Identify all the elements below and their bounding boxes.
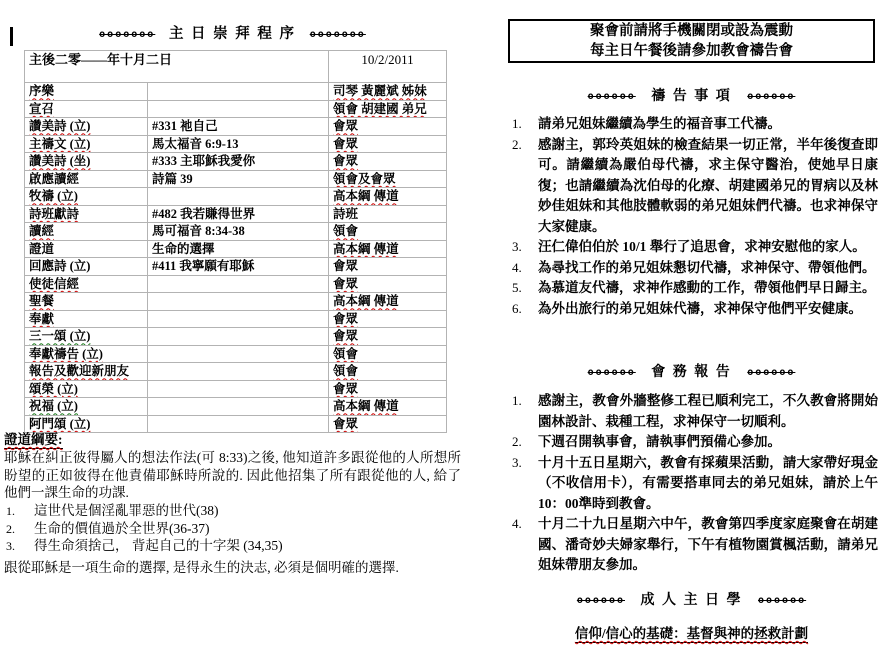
outline-point-number: 2. [6, 521, 15, 539]
prayer-item-text: 汪仁偉伯伯於 10/1 舉行了追思會，求神安慰他的家人。 [538, 239, 866, 254]
worship-row: 讚美詩 (立) #331 祂自己 會眾 [25, 118, 447, 136]
program-content-cell: 馬太福音 6:9-13 [148, 135, 329, 153]
sermon-outline-heading: 證道綱要: [4, 428, 63, 448]
program-item-cell: 宣召 [25, 100, 148, 118]
program-leader-cell: 領會及會眾 [329, 170, 447, 188]
program-item-label: 讚美詩 (立) [29, 119, 90, 133]
program-leader: 會眾 [333, 312, 358, 326]
program-content-cell: 馬可福音 8:34-38 [148, 223, 329, 241]
worship-row: 報告及歡迎新朋友 領會 [25, 363, 447, 381]
prayer-item-text: 為尋找工作的弟兄姐妹懇切代禱，求神保守、帶領他們。 [538, 260, 876, 275]
prayer-item-text: 請弟兄姐妹繼續為學生的福音事工代禱。 [538, 116, 781, 131]
program-item-cell: 讀經 [25, 223, 148, 241]
worship-row: 證道 生命的選擇 高本綱 傳道 [25, 240, 447, 258]
program-item-cell: 讚美詩 (立) [25, 118, 148, 136]
prayer-item-text: 為慕道友代禱，求神作感動的工作，帶領他們早日歸主。 [538, 280, 876, 295]
program-item-cell: 詩班獻詩 [25, 205, 148, 223]
program-leader-cell: 領會 [329, 363, 447, 381]
worship-row: 宣召 領會 胡建國 弟兄 [25, 100, 447, 118]
program-item-cell: 主禱文 (立) [25, 135, 148, 153]
program-leader-cell: 會眾 [329, 153, 447, 171]
program-leader: 領會 [333, 224, 358, 238]
outline-point: 3. 得生命須捨己， 背起自己的十字架 (34,35) [6, 537, 458, 555]
worship-row: 聖餐 高本綱 傳道 [25, 293, 447, 311]
outline-point-text: 生命的價值過於全世界(36-37) [34, 521, 210, 536]
worship-order-title: ooooooo 主 日 崇 拜 程 序 ooooooo [10, 22, 455, 43]
program-leader-cell: 會眾 [329, 118, 447, 136]
report-item-text: 十月十五日星期六，教會有採蘋果活動，請大家帶好現金（不收信用卡），有需要搭車同去… [538, 455, 878, 511]
program-leader-cell: 領會 胡建國 弟兄 [329, 100, 447, 118]
program-item-label: 牧禱 (立) [29, 189, 78, 203]
outline-point: 2. 生命的價值過於全世界(36-37) [6, 520, 458, 538]
report-items-list: 1. 感謝主，教會外牆整修工程已順利完工，不久教會將開始園林設計、栽種工程，求神… [512, 391, 878, 576]
program-item-cell: 牧禱 (立) [25, 188, 148, 206]
worship-row: 奉獻 會眾 [25, 310, 447, 328]
program-leader: 會眾 [333, 259, 358, 273]
program-item-cell: 使徒信經 [25, 275, 148, 293]
outline-point: 1. 這世代是個淫亂罪惡的世代(38) [6, 502, 458, 520]
program-leader-cell: 司琴 黃麗斌 姊妹 [329, 83, 447, 101]
page-title: 主 日 崇 拜 程 序 [161, 26, 304, 42]
worship-row: 序樂 司琴 黃麗斌 姊妹 [25, 83, 447, 101]
prayer-item-number: 2. [512, 135, 522, 156]
program-content-cell: #482 我若賺得世界 [148, 205, 329, 223]
worship-row: 回應詩 (立) #411 我寧願有耶穌 會眾 [25, 258, 447, 276]
program-content: 詩篇 39 [152, 172, 193, 186]
outline-point-text: 得生命須捨己， 背起自己的十字架 (34,35) [34, 538, 283, 553]
program-leader: 會眾 [333, 417, 358, 431]
program-content: #411 我寧願有耶穌 [152, 259, 254, 273]
sunday-school-topic-text: 信仰/信心的基礎：基督與神的拯救計劃 [575, 626, 808, 641]
chain-ornament-icon: oooooo [747, 91, 795, 102]
program-content-cell [148, 363, 329, 381]
sermon-outline-heading-text: 證道綱要: [4, 432, 63, 447]
program-leader-cell: 高本綱 傳道 [329, 398, 447, 416]
program-content: 生命的選擇 [152, 242, 215, 256]
program-item-label: 啟應讀經 [29, 172, 79, 186]
lunar-date-label: 主後二零——年十月二日 [29, 52, 172, 67]
chain-ornament-icon: oooooo [758, 595, 806, 606]
chain-ornament-icon: oooooo [588, 91, 636, 102]
program-leader: 領會 [333, 347, 358, 361]
program-item-label: 三一頌 (立) [29, 329, 90, 343]
program-leader: 會眾 [333, 154, 358, 168]
program-content: #333 主耶穌我愛你 [152, 154, 255, 168]
program-content-cell [148, 275, 329, 293]
report-item: 3. 十月十五日星期六，教會有採蘋果活動，請大家帶好現金（不收信用卡），有需要搭… [512, 453, 878, 515]
program-leader-cell: 會眾 [329, 328, 447, 346]
worship-row: 使徒信經 會眾 [25, 275, 447, 293]
worship-row: 讀經 馬可福音 8:34-38 領會 [25, 223, 447, 241]
report-section-heading: oooooo 會 務 報 告 oooooo [500, 361, 883, 381]
program-item-label: 讀經 [29, 224, 54, 238]
program-leader: 會眾 [333, 119, 358, 133]
program-content-cell [148, 188, 329, 206]
program-content-cell [148, 398, 329, 416]
program-item-cell: 回應詩 (立) [25, 258, 148, 276]
report-item: 2. 下週召開執事會，請執事們預備心參加。 [512, 432, 878, 453]
report-item-number: 4. [512, 514, 522, 535]
program-item-cell: 序樂 [25, 83, 148, 101]
program-item-label: 序樂 [29, 84, 54, 98]
program-content-cell: 詩篇 39 [148, 170, 329, 188]
program-content: #482 我若賺得世界 [152, 207, 255, 221]
program-item-label: 宣召 [29, 102, 54, 116]
worship-rows: 序樂 司琴 黃麗斌 姊妹 宣召 領會 胡建國 弟兄 讚美詩 (立) #331 祂… [25, 83, 447, 433]
program-leader: 詩班 [333, 207, 358, 221]
outline-point-text: 這世代是個淫亂罪惡的世代(38) [34, 503, 219, 518]
program-leader-cell: 高本綱 傳道 [329, 293, 447, 311]
program-item-label: 頌榮 (立) [29, 382, 78, 396]
notice-box: 聚會前請將手機關閉或設為震動 每主日午餐後請參加教會禱告會 [508, 19, 875, 63]
program-leader-cell: 會眾 [329, 415, 447, 433]
program-item-label: 讚美詩 (坐) [29, 154, 90, 168]
program-content: 馬太福音 6:9-13 [152, 137, 238, 151]
prayer-items-list: 1. 請弟兄姐妹繼續為學生的福音事工代禱。 2. 感謝主，郭玲英姐妹的檢查結果一… [512, 114, 878, 319]
worship-row: 讚美詩 (坐) #333 主耶穌我愛你 會眾 [25, 153, 447, 171]
program-content-cell: 生命的選擇 [148, 240, 329, 258]
program-leader-cell: 高本綱 傳道 [329, 188, 447, 206]
chain-ornament-icon: oooooo [588, 367, 636, 378]
program-item-label: 主禱文 (立) [29, 137, 90, 151]
sunday-school-topic: 信仰/信心的基礎：基督與神的拯救計劃 [500, 622, 883, 642]
program-content-cell [148, 293, 329, 311]
program-item-cell: 奉獻禱告 (立) [25, 345, 148, 363]
program-item-label: 回應詩 (立) [29, 259, 90, 273]
program-content: #331 祂自己 [152, 119, 218, 133]
program-item-label: 奉獻禱告 (立) [29, 347, 103, 361]
program-leader-cell: 會眾 [329, 275, 447, 293]
program-content-cell [148, 100, 329, 118]
program-item-cell: 聖餐 [25, 293, 148, 311]
program-item-cell: 讚美詩 (坐) [25, 153, 148, 171]
prayer-item: 5. 為慕道友代禱，求神作感動的工作，帶領他們早日歸主。 [512, 278, 878, 299]
prayer-section-title: 禱 告 事 項 [641, 89, 742, 104]
program-leader: 會眾 [333, 329, 358, 343]
program-leader: 高本綱 傳道 [333, 399, 399, 413]
program-content-cell [148, 380, 329, 398]
program-item-label: 奉獻 [29, 312, 54, 326]
program-item-cell: 報告及歡迎新朋友 [25, 363, 148, 381]
report-item-text: 下週召開執事會，請執事們預備心參加。 [538, 434, 781, 449]
program-content-cell: #331 祂自己 [148, 118, 329, 136]
program-content-cell [148, 310, 329, 328]
program-leader: 會眾 [333, 277, 358, 291]
program-leader-cell: 會眾 [329, 380, 447, 398]
program-leader: 領會 胡建國 弟兄 [333, 102, 427, 116]
date-label-cell: 主後二零——年十月二日 [25, 51, 329, 83]
program-item-label: 報告及歡迎新朋友 [29, 364, 129, 378]
program-item-cell: 祝福 (立) [25, 398, 148, 416]
chain-ornament-icon: ooooooo [99, 29, 155, 40]
sunday-school-heading: oooooo 成 人 主 日 學 oooooo [500, 589, 883, 609]
prayer-item-number: 6. [512, 299, 522, 320]
date-value: 10/2/2011 [361, 52, 413, 67]
prayer-item-number: 1. [512, 114, 522, 135]
program-leader-cell: 領會 [329, 223, 447, 241]
report-item: 1. 感謝主，教會外牆整修工程已順利完工，不久教會將開始園林設計、栽種工程，求神… [512, 391, 878, 432]
prayer-item-number: 5. [512, 278, 522, 299]
program-leader-cell: 會眾 [329, 258, 447, 276]
program-item-cell: 三一頌 (立) [25, 328, 148, 346]
program-content-cell: #411 我寧願有耶穌 [148, 258, 329, 276]
worship-row: 祝福 (立) 高本綱 傳道 [25, 398, 447, 416]
program-item-cell: 奉獻 [25, 310, 148, 328]
worship-row: 牧禱 (立) 高本綱 傳道 [25, 188, 447, 206]
prayer-item-text: 感謝主，郭玲英姐妹的檢查結果一切正常，半年後復查即可。請繼續為嚴伯母代禱，求主保… [538, 137, 878, 234]
prayer-item: 6. 為外出旅行的弟兄姐妹代禱，求神保守他們平安健康。 [512, 299, 878, 320]
report-item-number: 2. [512, 432, 522, 453]
program-leader: 領會 [333, 364, 358, 378]
program-content-cell [148, 328, 329, 346]
sermon-outline-closing: 跟從耶穌是一項生命的選擇, 是得永生的決志, 必須是個明確的選擇. [4, 556, 461, 576]
report-item-number: 1. [512, 391, 522, 412]
report-item-number: 3. [512, 453, 522, 474]
program-leader-cell: 詩班 [329, 205, 447, 223]
program-item-cell: 證道 [25, 240, 148, 258]
program-leader: 高本綱 傳道 [333, 294, 399, 308]
program-content-cell [148, 345, 329, 363]
program-leader: 高本綱 傳道 [333, 189, 399, 203]
sunday-school-title: 成 人 主 日 學 [631, 593, 753, 608]
chain-ornament-icon: oooooo [747, 367, 795, 378]
program-item-label: 證道 [29, 242, 54, 256]
sermon-outline-points: 1. 這世代是個淫亂罪惡的世代(38) 2. 生命的價值過於全世界(36-37)… [6, 502, 458, 555]
sermon-outline-intro: 耶穌在糾正彼得屬人的想法作法(可 8:33)之後, 他知道許多跟從他的人所想所盼… [4, 449, 461, 502]
outline-point-number: 1. [6, 503, 15, 521]
program-content: 馬可福音 8:34-38 [152, 224, 245, 238]
report-item: 4. 十月二十九日星期六中午，教會第四季度家庭聚會在胡建國、潘奇妙夫婦家舉行，下… [512, 514, 878, 576]
program-item-cell: 啟應讀經 [25, 170, 148, 188]
program-leader-cell: 領會 [329, 345, 447, 363]
date-cell: 10/2/2011 [329, 51, 447, 83]
prayer-item: 2. 感謝主，郭玲英姐妹的檢查結果一切正常，半年後復查即可。請繼續為嚴伯母代禱，… [512, 135, 878, 238]
program-item-label: 聖餐 [29, 294, 54, 308]
worship-row: 阿門頌 (立) 會眾 [25, 415, 447, 433]
prayer-item: 3. 汪仁偉伯伯於 10/1 舉行了追思會，求神安慰他的家人。 [512, 237, 878, 258]
program-item-label: 祝福 (立) [29, 399, 78, 413]
program-item-label: 詩班獻詩 [29, 207, 79, 221]
notice-line-2: 每主日午餐後請參加教會禱告會 [590, 41, 793, 61]
chain-ornament-icon: oooooo [577, 595, 625, 606]
program-content-cell [148, 415, 329, 433]
chain-ornament-icon: ooooooo [310, 29, 366, 40]
worship-row: 三一頌 (立) 會眾 [25, 328, 447, 346]
program-leader: 會眾 [333, 137, 358, 151]
worship-row: 啟應讀經 詩篇 39 領會及會眾 [25, 170, 447, 188]
date-row: 主後二零——年十月二日 10/2/2011 [25, 51, 447, 83]
worship-row: 主禱文 (立) 馬太福音 6:9-13 會眾 [25, 135, 447, 153]
report-item-text: 感謝主，教會外牆整修工程已順利完工，不久教會將開始園林設計、栽種工程，求神保守一… [538, 393, 878, 429]
program-leader-cell: 會眾 [329, 135, 447, 153]
notice-line-1: 聚會前請將手機關閉或設為震動 [590, 21, 793, 41]
outline-point-number: 3. [6, 538, 15, 556]
worship-row: 詩班獻詩 #482 我若賺得世界 詩班 [25, 205, 447, 223]
worship-row: 奉獻禱告 (立) 領會 [25, 345, 447, 363]
worship-program-table: 主後二零——年十月二日 10/2/2011 序樂 司琴 黃麗斌 姊妹 宣召 領會… [24, 50, 447, 433]
program-leader-cell: 會眾 [329, 310, 447, 328]
prayer-item-text: 為外出旅行的弟兄姐妹代禱，求神保守他們平安健康。 [538, 301, 862, 316]
program-leader: 司琴 黃麗斌 姊妹 [333, 84, 427, 98]
program-leader: 高本綱 傳道 [333, 242, 399, 256]
program-leader: 領會及會眾 [333, 172, 396, 186]
report-item-text: 十月二十九日星期六中午，教會第四季度家庭聚會在胡建國、潘奇妙夫婦家舉行，下午有植… [538, 516, 878, 572]
prayer-item-number: 4. [512, 258, 522, 279]
prayer-item: 1. 請弟兄姐妹繼續為學生的福音事工代禱。 [512, 114, 878, 135]
program-content-cell: #333 主耶穌我愛你 [148, 153, 329, 171]
report-section-title: 會 務 報 告 [641, 365, 742, 380]
prayer-section-heading: oooooo 禱 告 事 項 oooooo [500, 85, 883, 105]
program-leader: 會眾 [333, 382, 358, 396]
prayer-item: 4. 為尋找工作的弟兄姐妹懇切代禱，求神保守、帶領他們。 [512, 258, 878, 279]
program-content-cell [148, 83, 329, 101]
program-leader-cell: 高本綱 傳道 [329, 240, 447, 258]
program-item-cell: 頌榮 (立) [25, 380, 148, 398]
prayer-item-number: 3. [512, 237, 522, 258]
program-item-label: 使徒信經 [29, 277, 79, 291]
worship-row: 頌榮 (立) 會眾 [25, 380, 447, 398]
